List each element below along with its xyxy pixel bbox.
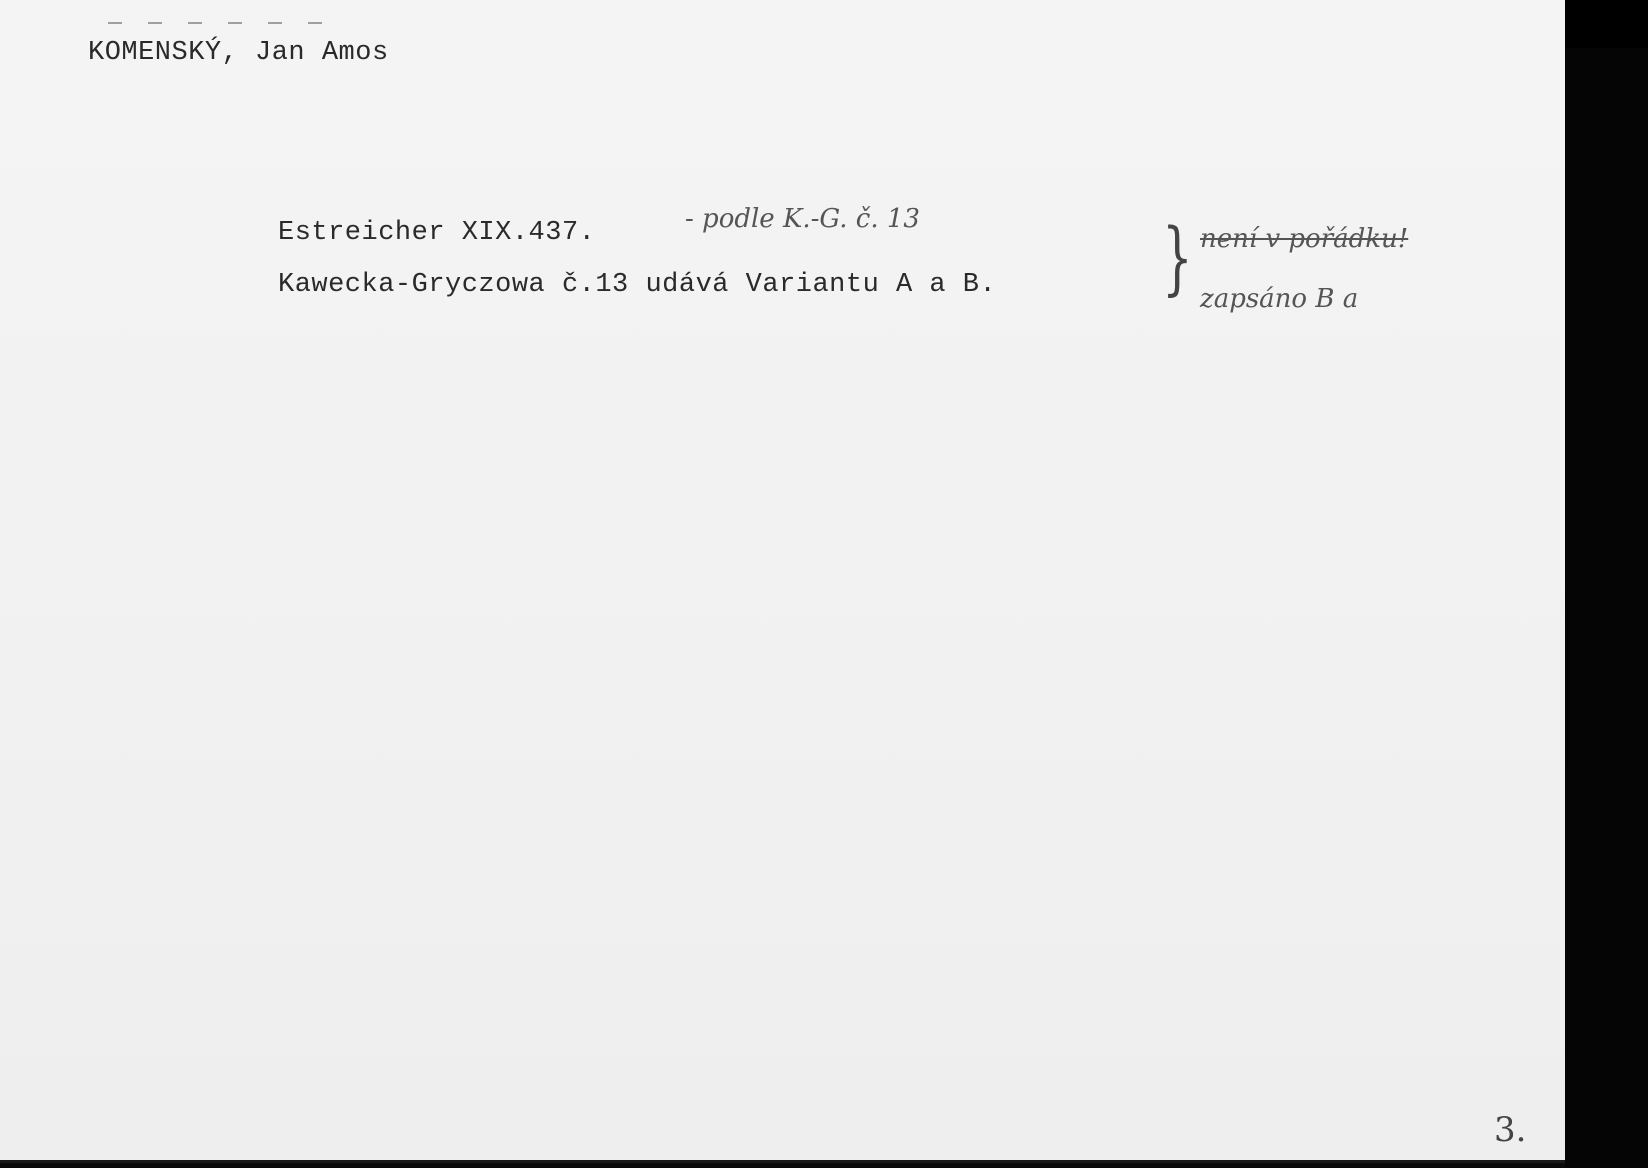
card-heading: KOMENSKÝ, Jan Amos — [88, 38, 389, 68]
page-number: 3. — [1494, 1110, 1526, 1150]
brace-mark: } — [1162, 218, 1193, 298]
handwritten-note-source: - podle K.-G. č. 13 — [685, 204, 920, 234]
catalog-card: KOMENSKÝ, Jan Amos Estreicher XIX.437. K… — [0, 0, 1565, 1163]
typed-line-kawecka: Kawecka-Gryczowa č.13 udává Variantu A a… — [278, 270, 996, 300]
handwritten-correction: zapsáno B a — [1200, 284, 1358, 314]
scan-background-edge-top — [1565, 0, 1648, 48]
faint-typed-marks — [108, 22, 338, 24]
typed-line-estreicher: Estreicher XIX.437. — [278, 218, 595, 248]
scan-background-edge — [1565, 0, 1648, 1168]
handwritten-struck-note: není v pořádku! — [1200, 224, 1408, 254]
